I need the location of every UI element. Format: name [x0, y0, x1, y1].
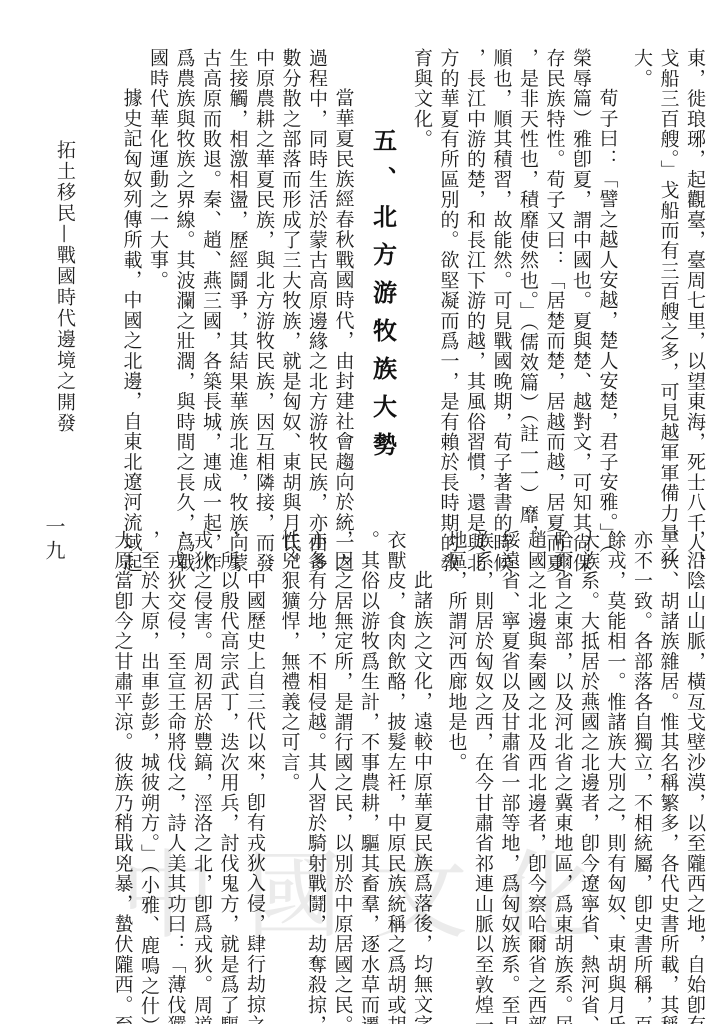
text-column: ，戎狄交侵，至宣王命將伐之，詩人美其功曰：「薄伐玁狁: [162, 530, 189, 1000]
running-head: 拓土移民—戰國時代邊境之開發: [52, 140, 79, 434]
text-column: 方的華夏有所區別的。欲堅凝而爲一，是有賴於長時期的敎: [435, 48, 462, 518]
text-column: 綏遠省、寧夏省以及甘肅省一部等地，爲匈奴族系。至月氐: [496, 530, 523, 1000]
text-column: 亦不一致。各部落各自獨立，不相統屬，卽史書所稱，百有: [629, 530, 656, 1000]
text-column: 性兇狠獷悍，無禮義之可言。: [276, 530, 303, 1000]
text-column: ，至於大原，出車彭彭，城彼朔方。」（小雅、鹿鳴之什）: [136, 530, 163, 1000]
text-column: 趙國之北邊與秦國之北及西北邊者，卽今察哈爾省之西部，: [523, 530, 550, 1000]
text-column: 順也，順其積習，故能然。可見戰國晚期，荀子著書的時候: [488, 48, 515, 518]
text-column: 生接觸，相激相盪，歷經鬪爭，其結果華族北進，牧族向蒙: [224, 48, 251, 518]
text-column: 東，徙琅琊，起觀臺，臺周七里，以望東海，死士八千人，: [682, 48, 709, 518]
text-column: 數分散之部落而形成了三大牧族，就是匈奴、東胡與月氐。: [277, 48, 304, 518]
text-column: ，是非天性也，積靡使然也。」（儒效篇）（註一一）靡，: [515, 48, 542, 518]
text-column: 、狄、胡諸族雜居。惟其名稱繁多，各代史書所載，其稱號: [655, 530, 682, 1000]
text-column: 大原當卽今之甘肅平涼。彼族乃稍戢兇暴，蟄伏隴西。至幽: [109, 530, 136, 1000]
text-column: 哈爾省之東部，以及河北省之冀東地區，爲東胡族系。居於: [549, 530, 576, 1000]
text-column: 過程中，同時生活於蒙古高原邊緣之北方游牧民族，亦由多: [304, 48, 331, 518]
page-number: 一九: [40, 516, 69, 564]
text-column: 荀子曰：「譬之越人安越，楚人安楚，君子安雅。」（: [594, 48, 621, 518]
text-column: ，沿陰山山脈，橫亙戈壁沙漠，以至隴西之地，自始卽有戎: [682, 530, 709, 1000]
text-column: 中國歷史上自三代以來，卽有戎狄入侵，肆行劫掠之事: [242, 530, 269, 1000]
text-column: 戎狄之侵害。周初居於豐鎬，涇洛之北，卽爲戎狄。周道衰: [189, 530, 216, 1000]
text-column: 古高原而敗退。秦、趙、燕三國，各築長城，連成一起，作: [198, 48, 225, 518]
text-column: 育與文化。: [409, 48, 436, 518]
upper-text-block: 東，徙琅琊，起觀臺，臺周七里，以望東海，死士八千人， 戈船三百艘。」戈船而有三百…: [118, 48, 708, 518]
text-column: 榮辱篇）雅卽夏，謂中國也。夏與楚、越對文，可知其尙保: [568, 48, 595, 518]
text-column: 。其俗以游牧爲生計，不事農耕，驅其畜羣，逐水草而遷徙: [356, 530, 383, 1000]
text-column: 當華夏民族經春秋戰國時代，由封建社會趨向於統一之: [330, 48, 357, 518]
lower-text-block: ，沿陰山山脈，橫亙戈壁沙漠，以至隴西之地，自始卽有戎 、狄、胡諸族雜居。惟其名稱…: [109, 530, 708, 1000]
text-column: 餘戎，莫能相一。惟諸族大別之，則有匈奴、東胡與月氐三: [602, 530, 629, 1000]
text-column: 戈船三百艘。」戈船而有三百艘之多，可見越軍軍備力量之: [655, 48, 682, 518]
text-column: ，所以殷代高宗武丁，迭次用兵，討伐鬼方，就是爲了驅除: [215, 530, 242, 1000]
text-column: ，長江中游的楚，和長江下游的越，其風俗習慣，還是與北: [462, 48, 489, 518]
text-column: 族系，則居於匈奴之西，在今甘肅省祁連山脈以至敦煌一帶: [470, 530, 497, 1000]
text-column: 大。: [629, 48, 656, 518]
text-column: 存民族特性。荀子又曰：「居楚而楚，居越而越，居夏而夏: [541, 48, 568, 518]
text-column: 據史記匈奴列傳所載，中國之北邊，自東北遼河流域起: [118, 48, 145, 518]
section-heading: 五、北方游牧族大勢: [357, 48, 409, 518]
text-column: 此諸族之文化，遠較中原華夏民族爲落後，均無文字，: [409, 530, 436, 1000]
text-column: 大族系。大抵居於燕國之北邊者，卽今遼寧省、熱河省、察: [576, 530, 603, 1000]
text-column: 爲農族與牧族之界線。其波瀾之壯濶，與時間之長久，爲戰: [171, 48, 198, 518]
text-column: 國時代華化運動之一大事。: [145, 48, 172, 518]
text-column: 衣獸皮，食肉飲酪，披髮左衽，中原民族統稱之爲胡或胡人: [382, 530, 409, 1000]
text-column: 中原農耕之華夏民族，與北方游牧民族，因互相隣接，而發: [251, 48, 278, 518]
text-column: ，因之居無定所，是謂行國之民，以別於中原居國之民。然: [329, 530, 356, 1000]
text-column: 亦各有分地，不相侵越。其人習於騎射戰鬪，劫奪殺掠，賦: [303, 530, 330, 1000]
text-column: 地區，所謂河西廊地是也。: [443, 530, 470, 1000]
